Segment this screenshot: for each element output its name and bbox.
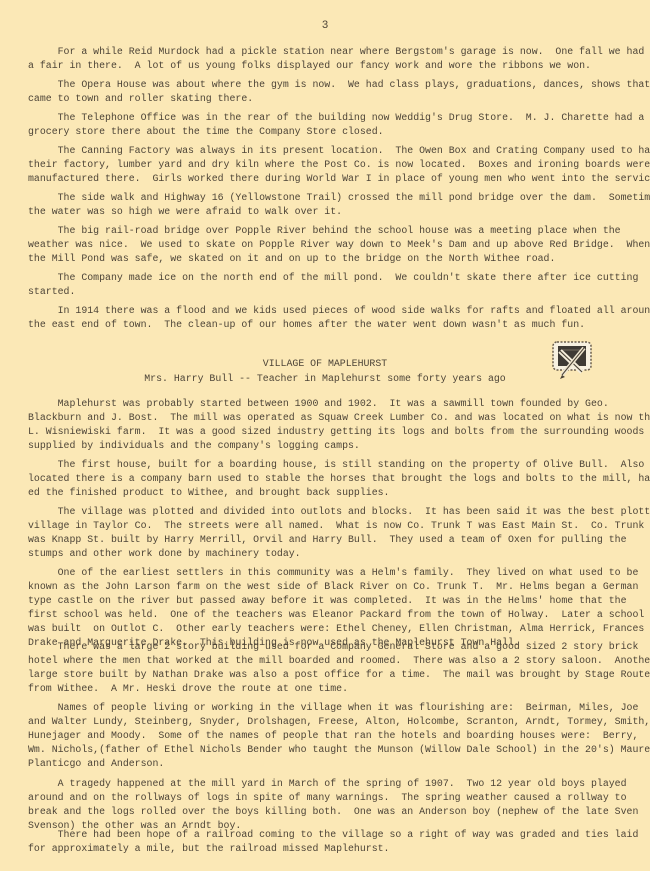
paragraph: There had been hope of a railroad coming… [28,828,628,856]
paragraph: The Canning Factory was always in its pr… [28,144,628,186]
paragraph: The Opera House was about where the gym … [28,78,628,106]
text-line: ed the finished product to Withee, and b… [28,486,628,500]
text-line: stumps and other work done by machinery … [28,547,628,561]
text-line: Planticgo and Anderson. [28,757,628,771]
text-line: a fair in there. A lot of us young folks… [28,59,628,73]
paragraph: The village was plotted and divided into… [28,505,628,561]
text-line: The Opera House was about where the gym … [28,78,628,92]
text-line: Wm. Nichols,(father of Ethel Nichols Ben… [28,743,628,757]
paragraph: In 1914 there was a flood and we kids us… [28,304,628,332]
text-line: In 1914 there was a flood and we kids us… [28,304,628,318]
paragraph: A tragedy happened at the mill yard in M… [28,777,628,833]
paragraph: For a while Reid Murdock had a pickle st… [28,45,628,73]
paragraph: The Telephone Office was in the rear of … [28,111,628,139]
paragraph: Names of people living or working in the… [28,701,628,771]
text-line: The big rail-road bridge over Popple Riv… [28,224,628,238]
text-line: For a while Reid Murdock had a pickle st… [28,45,628,59]
text-line: supplied by individuals and the company'… [28,439,628,453]
text-line: village in Taylor Co. The streets were a… [28,519,628,533]
text-line: their factory, lumber yard and dry kiln … [28,158,628,172]
text-line: break and the logs rolled over the boys … [28,805,628,819]
text-line: came to town and roller skating there. [28,92,628,106]
text-line: was Knapp St. built by Harry Merrill, Or… [28,533,628,547]
text-line: A tragedy happened at the mill yard in M… [28,777,628,791]
text-line: and Walter Lundy, Steinberg, Snyder, Dro… [28,715,628,729]
text-line: The Canning Factory was always in its pr… [28,144,628,158]
text-line: was built on Outlot C. Other early teach… [28,622,628,636]
text-line: for approximately a mile, but the railro… [28,842,628,856]
text-line: grocery store there about the time the C… [28,125,628,139]
text-line: hotel where the men that worked at the m… [28,654,628,668]
text-line: L. Wisniewiski farm. It was a good sized… [28,425,628,439]
slate-and-pencil-icon [550,339,596,381]
document-page: 3 For a while Reid Murdock had a pickle … [0,0,650,871]
text-line: The first house, built for a boarding ho… [28,458,628,472]
text-line: Blackburn and J. Bost. The mill was oper… [28,411,628,425]
text-line: the water was so high we were afraid to … [28,205,628,219]
text-line: Hunejager and Moody. Some of the names o… [28,729,628,743]
text-line: Names of people living or working in the… [28,701,628,715]
text-line: manufactured there. Girls worked there d… [28,172,628,186]
text-line: the east end of town. The clean-up of ou… [28,318,628,332]
text-line: around and on the rollways of logs in sp… [28,791,628,805]
text-line: The Company made ice on the north end of… [28,271,628,285]
page-number: 3 [0,20,650,32]
text-line: The side walk and Highway 16 (Yellowston… [28,191,628,205]
paragraph: The first house, built for a boarding ho… [28,458,628,500]
paragraph: Maplehurst was probably started between … [28,397,628,453]
text-line: type castle on the river but passed away… [28,594,628,608]
text-line: known as the John Larson farm on the wes… [28,580,628,594]
paragraph: One of the earliest settlers in this com… [28,566,628,650]
text-line: located there is a company barn used to … [28,472,628,486]
text-line: The village was plotted and divided into… [28,505,628,519]
paragraph: The Company made ice on the north end of… [28,271,628,299]
text-line: One of the earliest settlers in this com… [28,566,628,580]
paragraph: The big rail-road bridge over Popple Riv… [28,224,628,266]
paragraph: There was a large 2 story building used … [28,640,628,696]
paragraph: The side walk and Highway 16 (Yellowston… [28,191,628,219]
text-line: There was a large 2 story building used … [28,640,628,654]
text-line: large store built by Nathan Drake was al… [28,668,628,682]
text-line: started. [28,285,628,299]
text-line: There had been hope of a railroad coming… [28,828,628,842]
text-line: first school was held. One of the teache… [28,608,628,622]
text-line: the Mill Pond was safe, we skated on it … [28,252,628,266]
text-line: weather was nice. We used to skate on Po… [28,238,628,252]
text-line: from Withee. A Mr. Heski drove the route… [28,682,628,696]
text-line: The Telephone Office was in the rear of … [28,111,628,125]
text-line: Maplehurst was probably started between … [28,397,628,411]
